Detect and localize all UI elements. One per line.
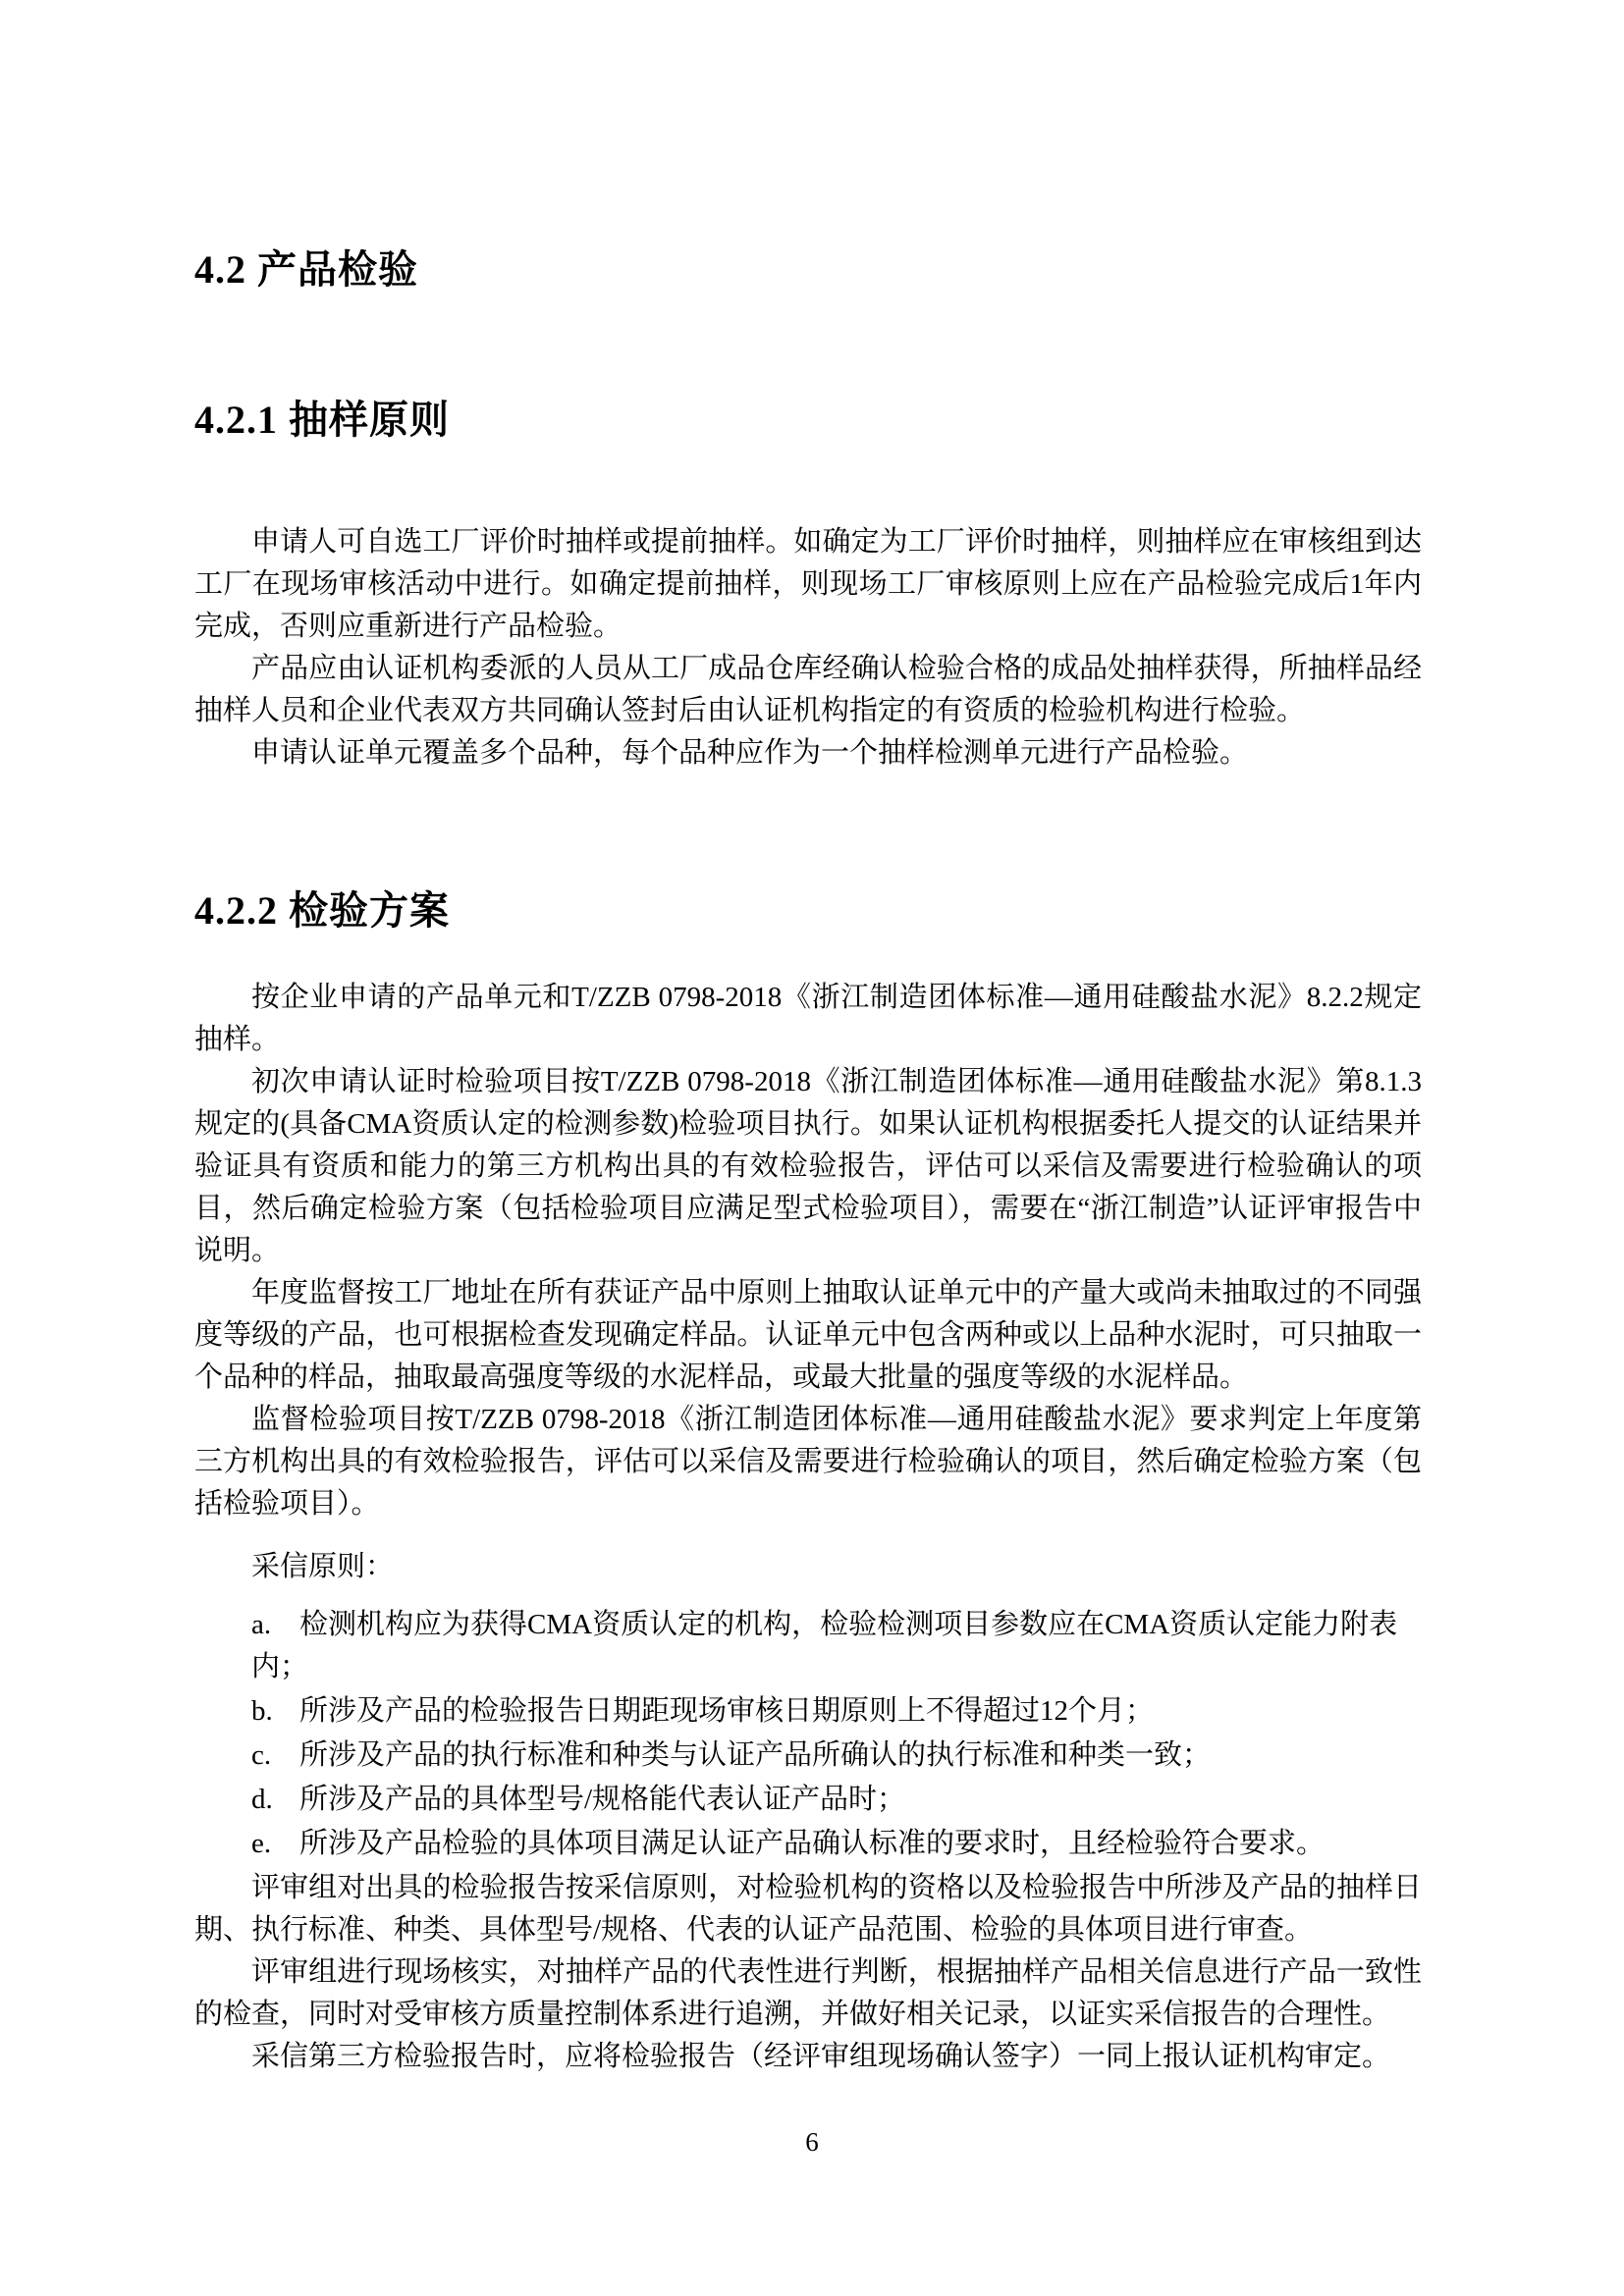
paragraph-sampling-2: 产品应由认证机构委派的人员从工厂成品仓库经确认检验合格的成品处抽样获得，所抽样品… [194, 648, 1422, 732]
page-content: 4.2 产品检验 4.2.1 抽样原则 申请人可自选工厂评价时抽样或提前抽样。如… [194, 0, 1422, 2078]
list-item-e: e.所涉及产品检验的具体项目满足认证产品确认标准的要求时，且经检验符合要求。 [194, 1823, 1422, 1865]
paragraph-plan-4: 监督检验项目按T/ZZB 0798-2018《浙江制造团体标准—通用硅酸盐水泥》… [194, 1399, 1422, 1525]
paragraph-review-3: 采信第三方检验报告时，应将检验报告（经评审组现场确认签字）一同上报认证机构审定。 [194, 2036, 1422, 2078]
principles-label: 采信原则： [194, 1546, 1422, 1588]
list-marker: d. [251, 1779, 299, 1821]
list-item-text: 检测机构应为获得CMA资质认定的机构，检验检测项目参数应在CMA资质认定能力附表… [251, 1609, 1397, 1682]
paragraph-sampling-1: 申请人可自选工厂评价时抽样或提前抽样。如确定为工厂评价时抽样，则抽样应在审核组到… [194, 521, 1422, 648]
paragraph-plan-2: 初次申请认证时检验项目按T/ZZB 0798-2018《浙江制造团体标准—通用硅… [194, 1061, 1422, 1272]
list-item-text: 所涉及产品的具体型号/规格能代表认证产品时； [299, 1784, 905, 1815]
heading-4-2-1: 4.2.1 抽样原则 [194, 396, 1422, 445]
heading-4-2-2: 4.2.2 检验方案 [194, 886, 1422, 935]
list-item-text: 所涉及产品的检验报告日期距现场审核日期原则上不得超过12个月； [299, 1695, 1154, 1727]
list-item-text: 所涉及产品的执行标准和种类与认证产品所确认的执行标准和种类一致； [299, 1739, 1211, 1771]
document-page: 4.2 产品检验 4.2.1 抽样原则 申请人可自选工厂评价时抽样或提前抽样。如… [0, 0, 1624, 2296]
paragraph-review-2: 评审组进行现场核实，对抽样产品的代表性进行判断，根据抽样产品相关信息进行产品一致… [194, 1951, 1422, 2036]
list-item-a: a.检测机构应为获得CMA资质认定的机构，检验检测项目参数应在CMA资质认定能力… [194, 1604, 1422, 1688]
list-item-text: 所涉及产品检验的具体项目满足认证产品确认标准的要求时，且经检验符合要求。 [299, 1828, 1325, 1859]
paragraph-sampling-3: 申请认证单元覆盖多个品种，每个品种应作为一个抽样检测单元进行产品检验。 [194, 732, 1422, 774]
heading-4-2: 4.2 产品检验 [194, 248, 1422, 292]
principles-list: a.检测机构应为获得CMA资质认定的机构，检验检测项目参数应在CMA资质认定能力… [194, 1604, 1422, 1865]
list-item-b: b.所涉及产品的检验报告日期距现场审核日期原则上不得超过12个月； [194, 1690, 1422, 1733]
list-item-d: d.所涉及产品的具体型号/规格能代表认证产品时； [194, 1779, 1422, 1821]
list-marker: a. [251, 1604, 299, 1646]
paragraph-review-1: 评审组对出具的检验报告按采信原则，对检验机构的资格以及检验报告中所涉及产品的抽样… [194, 1867, 1422, 1951]
paragraph-plan-1: 按企业申请的产品单元和T/ZZB 0798-2018《浙江制造团体标准—通用硅酸… [194, 977, 1422, 1061]
list-item-c: c.所涉及产品的执行标准和种类与认证产品所确认的执行标准和种类一致； [194, 1735, 1422, 1777]
page-number: 6 [0, 2126, 1624, 2158]
list-marker: b. [251, 1690, 299, 1733]
list-marker: e. [251, 1823, 299, 1865]
list-marker: c. [251, 1735, 299, 1777]
paragraph-plan-3: 年度监督按工厂地址在所有获证产品中原则上抽取认证单元中的产量大或尚未抽取过的不同… [194, 1272, 1422, 1399]
